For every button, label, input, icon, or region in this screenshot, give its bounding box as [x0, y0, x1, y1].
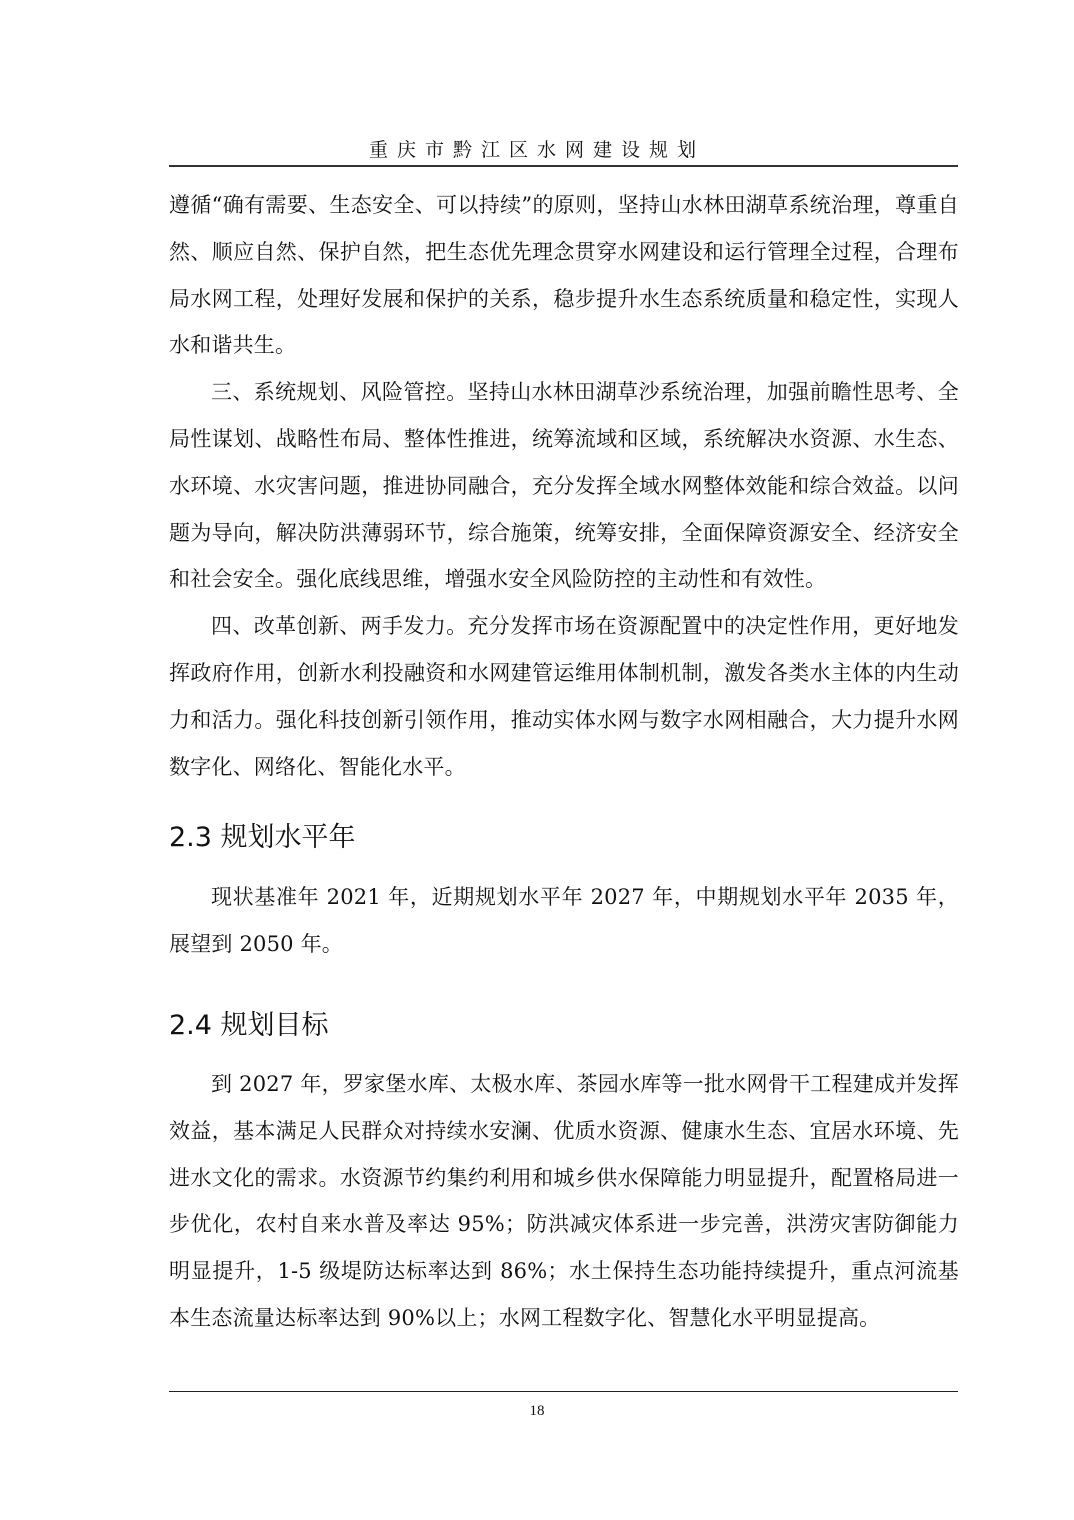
section-2-3-body: 现状基准年 2021 年，近期规划水平年 2027 年，中期规划水平年 2035…	[169, 874, 959, 968]
paragraph-principle-continued: 遵循“确有需要、生态安全、可以持续”的原则，坚持山水林田湖草系统治理，尊重自然、…	[169, 182, 959, 369]
paragraph-principle-four: 四、改革创新、两手发力。充分发挥市场在资源配置中的决定性作用，更好地发挥政府作用…	[169, 603, 959, 790]
section-heading-2-3: 2.3 规划水平年	[169, 815, 356, 854]
running-header-title: 重庆市黔江区水网建设规划	[0, 135, 1074, 162]
header-divider	[169, 165, 958, 167]
section-2-4-body: 到 2027 年，罗家堡水库、太极水库、茶园水库等一批水网骨干工程建成并发挥效益…	[169, 1061, 959, 1342]
paragraph-planning-years: 现状基准年 2021 年，近期规划水平年 2027 年，中期规划水平年 2035…	[169, 874, 959, 968]
footer-divider	[169, 1391, 958, 1392]
body-text-top: 遵循“确有需要、生态安全、可以持续”的原则，坚持山水林田湖草系统治理，尊重自然、…	[169, 182, 959, 790]
page-number: 18	[0, 1403, 1074, 1420]
paragraph-planning-goals: 到 2027 年，罗家堡水库、太极水库、茶园水库等一批水网骨干工程建成并发挥效益…	[169, 1061, 959, 1342]
paragraph-principle-three: 三、系统规划、风险管控。坚持山水林田湖草沙系统治理，加强前瞻性思考、全局性谋划、…	[169, 369, 959, 603]
section-heading-2-4: 2.4 规划目标	[169, 1003, 329, 1042]
